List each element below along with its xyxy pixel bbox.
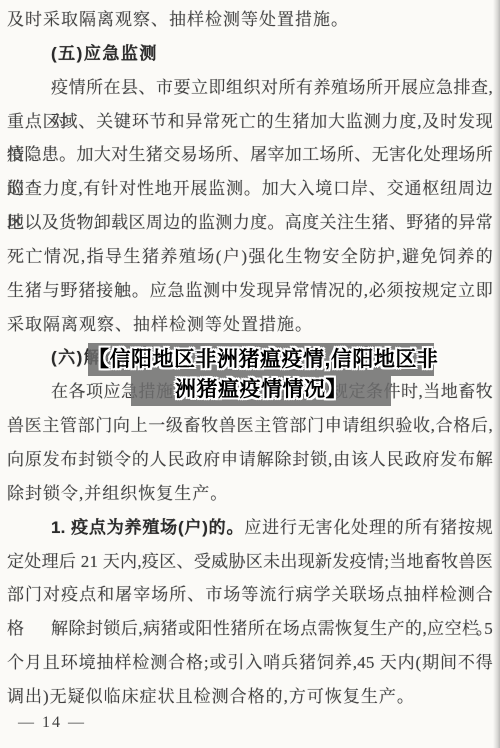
text-line: 兽医主管部门向上一级畜牧兽医主管部门申请组织验收,合格后,	[7, 409, 493, 443]
text-line: 1. 疫点为养殖场(户)的。应进行无害化处理的所有猪按规	[7, 511, 493, 545]
numbered-item-text: 应进行无害化处理的所有猪按规	[244, 518, 493, 537]
text-line: 部门对疫点和屠宰场所、市场等流行病学关联场点抽样检测合格。	[7, 578, 493, 612]
text-line: 巡查力度,有针对性地开展监测。加大入境口岸、交通枢纽周边地	[7, 172, 493, 206]
text-line: 及时采取隔离观察、抽样检测等处置措施。	[7, 3, 493, 37]
text-line: 向原发布封锁令的人民政府申请解除封锁,由该人民政府发布解	[7, 443, 493, 477]
page-number: — 14 —	[18, 714, 86, 732]
text-line: 个月且环境抽样检测合格;或引入哨兵猪饲养,45 天内(期间不得	[7, 646, 493, 680]
text-line: 区以及货物卸载区周边的监测力度。高度关注生猪、野猪的异常	[7, 206, 493, 240]
overlay-caption-line-2: 洲猪瘟疫情情况】	[131, 376, 391, 406]
numbered-item-lead: 1. 疫点为养殖场(户)的。	[51, 518, 244, 537]
scanned-document-page: 及时采取隔离观察、抽样检测等处置措施。 (五)应急监测 疫情所在县、市要立即组织…	[0, 0, 500, 748]
text-line: 情隐患。加大对生猪交易场所、屠宰加工场所、无害化处理场所的	[7, 138, 493, 172]
text-line: 采取隔离观察、抽样检测等处置措施。	[7, 308, 493, 342]
text-line: 调出)无疑似临床症状且检测合格的,方可恢复生产。	[7, 680, 493, 714]
scan-edge-shadow	[493, 0, 500, 748]
heading-visible-part: (六)	[51, 348, 84, 367]
text-line: 生猪与野猪接触。应急监测中发现异常情况的,必须按规定立即	[7, 274, 493, 308]
overlay-caption-line-1: 【信阳地区非洲猪瘟疫情,信阳地区非	[88, 343, 434, 376]
text-line: 解除封锁后,病猪或阳性猪所在场点需恢复生产的,应空栏 5	[7, 612, 493, 646]
text-line: 除封锁令,并组织恢复生产。	[7, 477, 493, 511]
section-heading-5: (五)应急监测	[7, 37, 493, 71]
text-line: 定处理后 21 天内,疫区、受威胁区未出现新发疫情;当地畜牧兽医	[7, 545, 493, 579]
text-line: 疫情所在县、市要立即组织对所有养殖场所开展应急排查,对	[7, 71, 493, 105]
text-line: 死亡情况,指导生猪养殖场(户)强化生物安全防护,避免饲养的	[7, 240, 493, 274]
text-line: 重点区域、关键环节和异常死亡的生猪加大监测力度,及时发现疫	[7, 105, 493, 139]
